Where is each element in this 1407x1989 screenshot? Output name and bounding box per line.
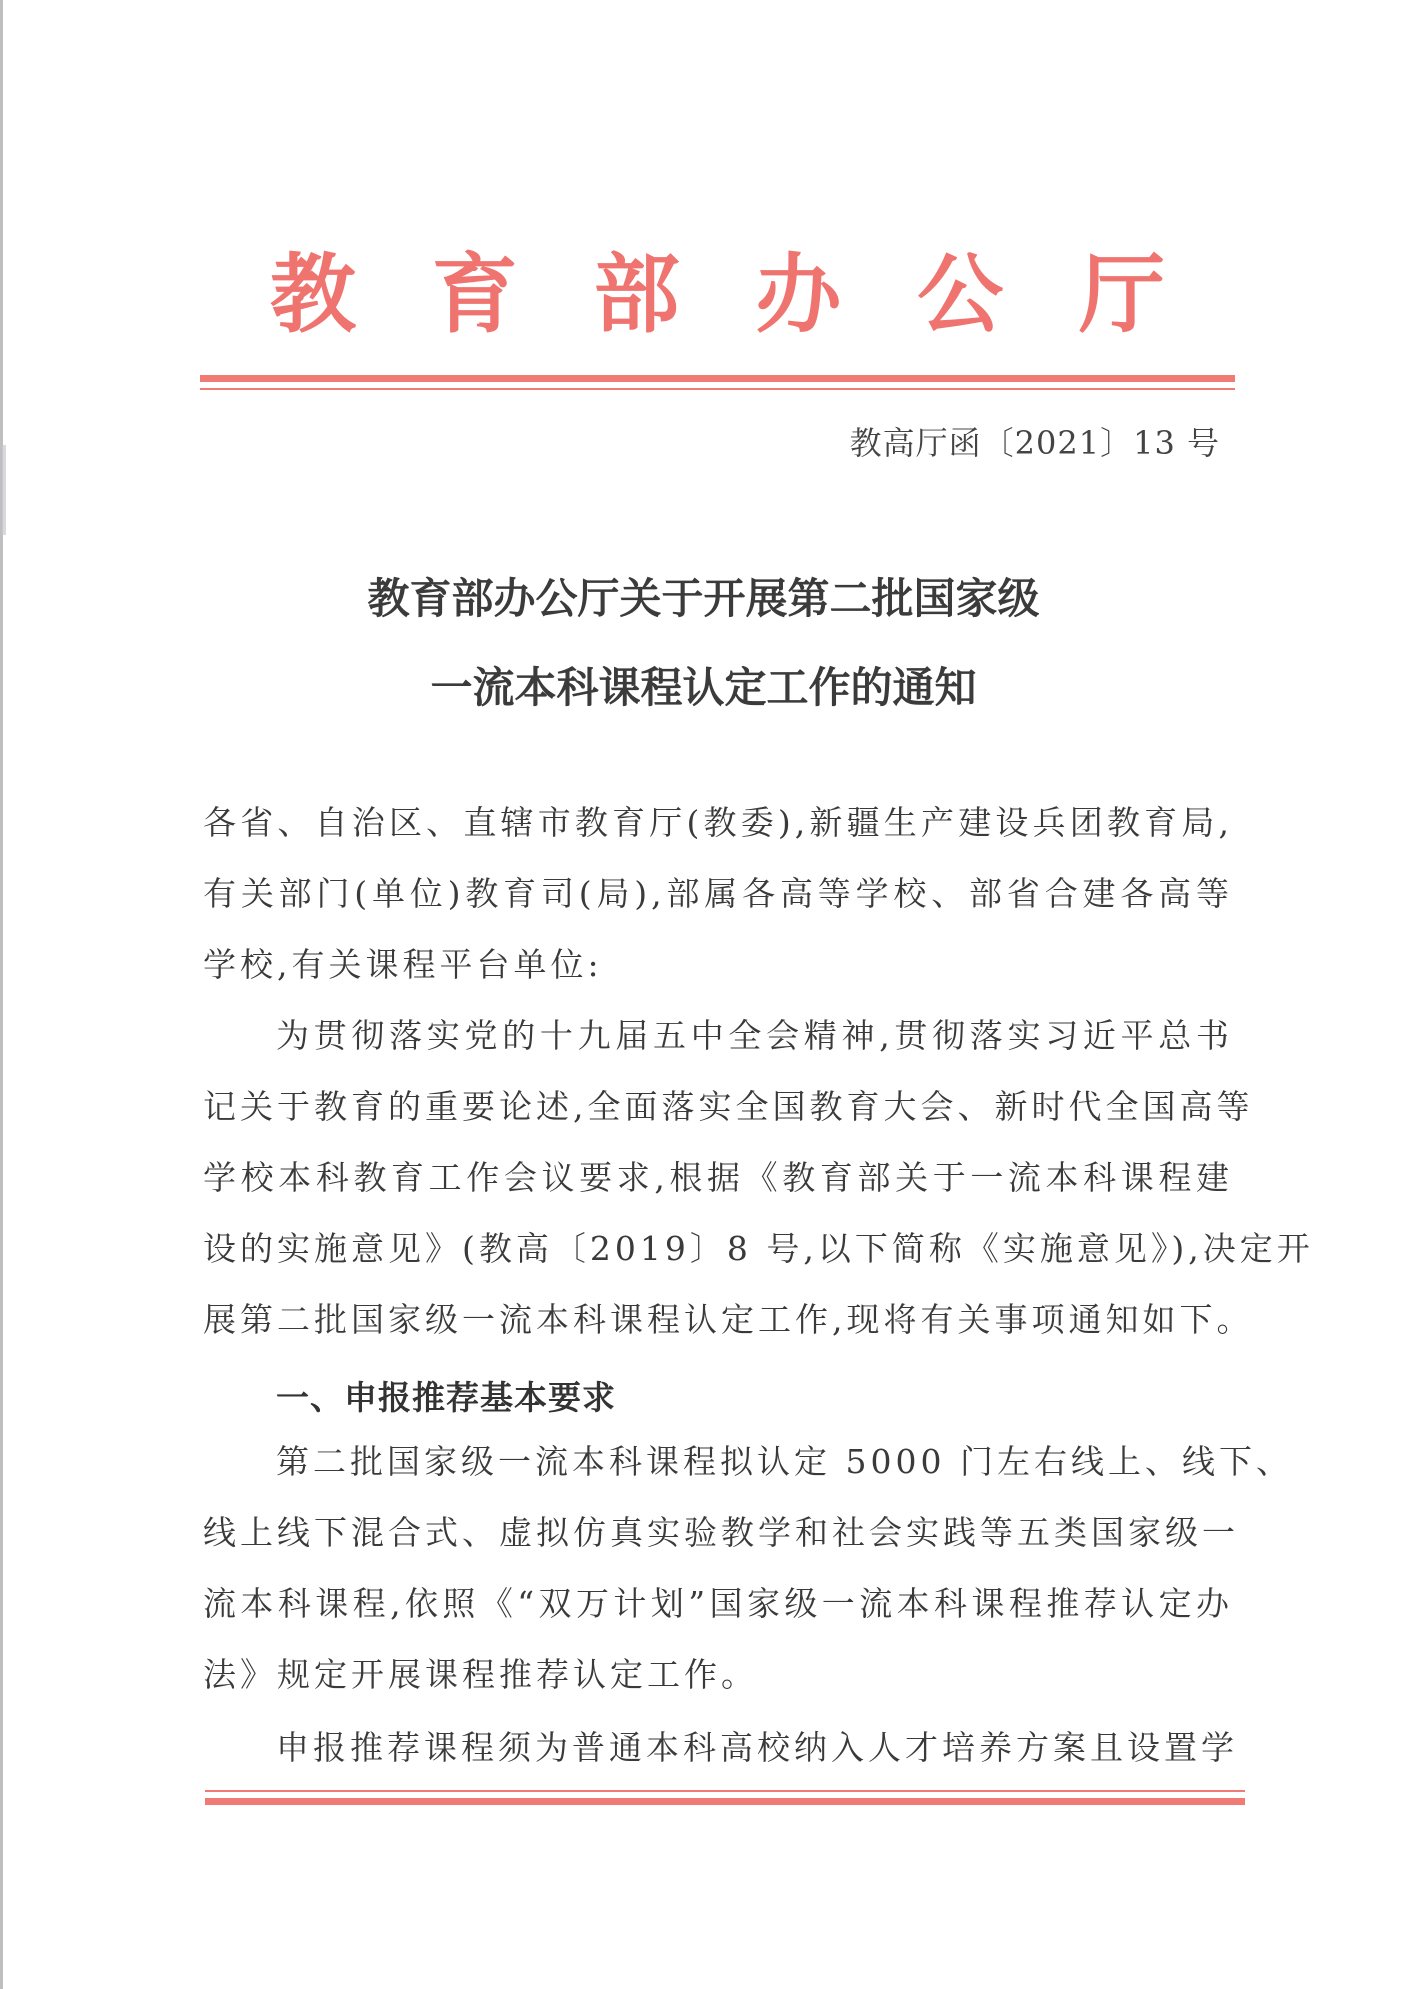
header-rule-thin [200, 388, 1235, 390]
masthead-char: 办 [755, 225, 841, 349]
intro-line: 为贯彻落实党的十九届五中全会精神,贯彻落实习近平总书 [276, 1010, 1233, 1060]
masthead-char: 厅 [1079, 225, 1165, 349]
document-title-line-2: 一流本科课程认定工作的通知 [0, 655, 1407, 715]
intro-line: 展第二批国家级一流本科课程认定工作,现将有关事项通知如下。 [203, 1294, 1233, 1344]
section-line: 法》规定开展课程推荐认定工作。 [203, 1649, 1233, 1699]
masthead-char: 公 [917, 225, 1003, 349]
intro-line: 设的实施意见》(教高〔2019〕8 号,以下简称《实施意见》),决定开 [203, 1223, 1233, 1273]
document-title-line-1: 教育部办公厅关于开展第二批国家级 [0, 566, 1407, 626]
footer-rule-thick [205, 1798, 1245, 1805]
section-line: 线上线下混合式、虚拟仿真实验教学和社会实践等五类国家级一 [203, 1507, 1233, 1557]
masthead-char: 教 [270, 225, 356, 349]
section-line: 申报推荐课程须为普通本科高校纳入人才培养方案且设置学 [276, 1722, 1233, 1772]
masthead-char: 育 [432, 225, 518, 349]
scan-edge-artifact [0, 0, 3, 1989]
footer-rule-thin [205, 1790, 1245, 1792]
section-line: 流本科课程,依照《“双万计划”国家级一流本科课程推荐认定办 [203, 1578, 1233, 1628]
masthead: 教 育 部 办 公 厅 [200, 232, 1235, 342]
intro-line: 学校本科教育工作会议要求,根据《教育部关于一流本科课程建 [203, 1152, 1233, 1202]
section-heading: 一、申报推荐基本要求 [276, 1372, 616, 1419]
addressee-line: 有关部门(单位)教育司(局),部属各高等学校、部省合建各高等 [203, 868, 1233, 918]
header-rule-thick [200, 375, 1235, 382]
intro-line: 记关于教育的重要论述,全面落实全国教育大会、新时代全国高等 [203, 1081, 1233, 1131]
scan-mark-artifact [2, 445, 6, 535]
document-number: 教高厅函〔2021〕13 号 [850, 418, 1220, 464]
addressee-line: 各省、自治区、直辖市教育厅(教委),新疆生产建设兵团教育局, [203, 797, 1233, 847]
masthead-char: 部 [594, 225, 680, 349]
addressee-line: 学校,有关课程平台单位: [203, 939, 1233, 989]
section-line: 第二批国家级一流本科课程拟认定 5000 门左右线上、线下、 [276, 1436, 1233, 1486]
